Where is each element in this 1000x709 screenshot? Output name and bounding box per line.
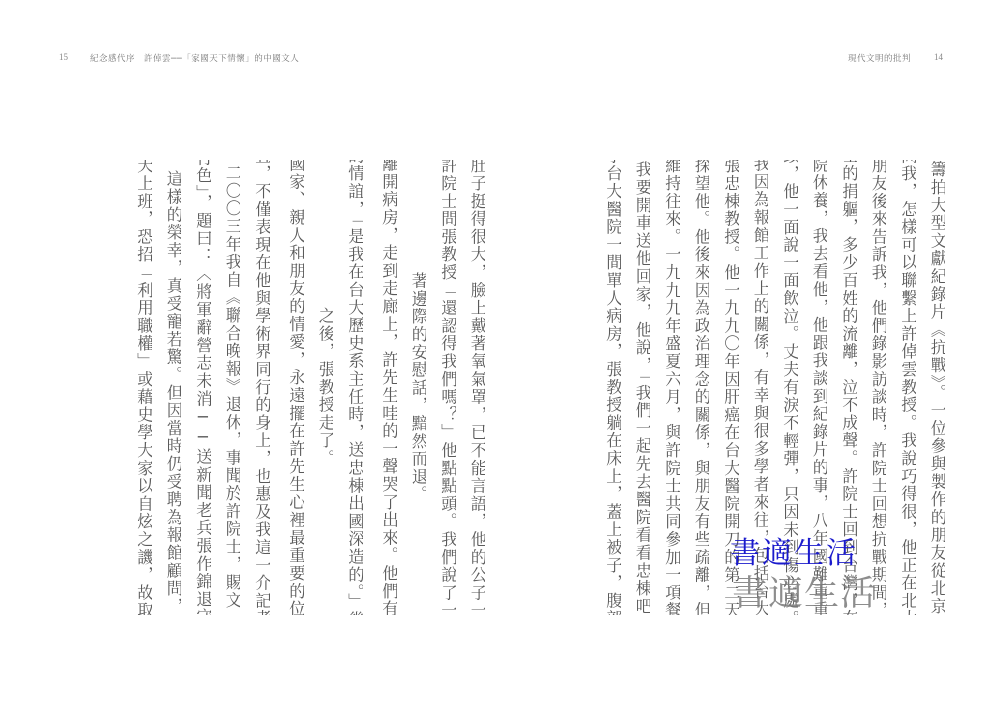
text-column-paragraph-start: 二〇〇三年我自《聯合晚報》退休，事聞於許院士，賜文「以: [211, 160, 241, 615]
text-column-paragraph-start: 國家、親人和朋友的情愛，永遠擺在許先生心裡最重要的位置。: [270, 160, 304, 615]
text-column: 仍然維持往來。一九九九年盛夏六月，與許院士共同參加一項餐會。: [650, 160, 680, 615]
text-column: 學。朋友後來告訴我，他們錄影訪談時，許院士回想抗戰期間，全軍: [857, 160, 887, 615]
text-column: 弟的情誼，「是我在台大歷史系主任時，送忠棟出國深造的。」幾天: [333, 160, 363, 615]
text-column: 然每天上班，恐招「利用職權」或藉史學大家以自炫之譏，故取得許: [122, 160, 152, 615]
text-column: 餐後我要開車送他回家，他說，「我們一起先去醫院看看忠棟吧！」: [621, 160, 651, 615]
text-column: 之後，張教授走了。: [304, 160, 334, 615]
text-column: 醫院休養，我去看他，他跟我談到紀錄片的事，八年國難重重，: [798, 160, 828, 615]
right-page-body: 開始籌拍大型文獻紀錄片《抗戰》。一位參與製作的朋友從北京打電 話問我，怎樣可以聯…: [585, 160, 945, 620]
column-text: 到了台大醫院一間單人病房，張教授躺在床上，蓋上被子，腹部生: [591, 160, 621, 615]
column-text: 壯行色」，題曰：〈將軍辭營志未消──送新聞老兵張作錦退守後: [181, 160, 211, 615]
left-page-number: 15: [59, 52, 68, 62]
column-text: 立。許院士問張教授「還認得我們嗎？」他點點頭。我們說了一些不: [426, 160, 456, 615]
text-column: 頭，他一面說一面飲泣。丈夫有淚不輕彈，只因未到傷心處。: [768, 160, 798, 615]
book-spread: 15 紀念感代序 許倬雲──「家國天下情懷」的中國文人 現代文明的批判 14 開…: [0, 0, 1000, 709]
column-text: 離開病房，走到走廊上，許先生哇的一聲哭了出來。他們有師兄: [363, 160, 397, 615]
right-page-number: 14: [934, 52, 943, 62]
text-column: 開始籌拍大型文獻紀錄片《抗戰》。一位參與製作的朋友從北京打電: [916, 160, 946, 615]
column-text: 開始籌拍大型文獻紀錄片《抗戰》。一位參與製作的朋友從北京打電: [916, 160, 946, 615]
left-running-header: 紀念感代序 許倬雲──「家國天下情懷」的中國文人: [90, 52, 299, 64]
column-text: 著邊際的安慰話，黯然而退。: [397, 272, 427, 503]
column-text: 而且，不僅表現在他與學術界同行的身上，也惠及我這一介記者。: [240, 160, 270, 615]
text-column: 壯行色」，題曰：〈將軍辭營志未消──送新聞老兵張作錦退守後: [181, 160, 211, 615]
text-column: 立。許院士問張教授「還認得我們嗎？」他點點頭。我們說了一些不: [426, 160, 456, 615]
text-column-paragraph-start: 離開病房，走到走廊上，許先生哇的一聲哭了出來。他們有師兄: [363, 160, 397, 615]
column-text: 仍然維持往來。一九九九年盛夏六月，與許院士共同參加一項餐會。: [650, 160, 680, 615]
text-column: 水，肚子挺得很大，臉上戴著氧氣罩，已不能言語，他的公子一旁侍: [456, 160, 486, 615]
text-column: 而且，不僅表現在他與學術界同行的身上，也惠及我這一介記者。: [240, 160, 270, 615]
column-text: 將士的捐軀，多少百姓的流離，泣不成聲。許院士回到台灣，在醫: [827, 160, 857, 615]
column-text: 學。朋友後來告訴我，他們錄影訪談時，許院士回想抗戰期間，全軍: [857, 160, 887, 615]
text-column: 系的張忠棟教授。他一九九〇年因肝癌在台大醫院開刀的第二天，我: [709, 160, 739, 615]
column-text: 國家、親人和朋友的情愛，永遠擺在許先生心裡最重要的位置。: [270, 160, 304, 615]
column-text: 話問我，怎樣可以聯繫上許倬雲教授。我說巧得很，他正在北大講: [886, 160, 916, 615]
column-text: 之後，張教授走了。: [304, 307, 334, 467]
column-text: 系的張忠棟教授。他一九九〇年因肝癌在台大醫院開刀的第二天，我: [709, 160, 739, 615]
text-column: 到了台大醫院一間單人病房，張教授躺在床上，蓋上被子，腹部生: [591, 160, 621, 615]
column-text: 我因為報館工作上的關係，有幸與很多學者來往，包括台大歷史: [739, 160, 769, 615]
column-text: 醫院休養，我去看他，他跟我談到紀錄片的事，八年國難重重，: [798, 160, 828, 615]
text-column: 著邊際的安慰話，黯然而退。: [397, 160, 427, 615]
column-text: 防〉。這樣的榮幸，真受寵若驚。但因當時仍受聘為報館顧問，且依: [152, 160, 182, 615]
text-column: 將士的捐軀，多少百姓的流離，泣不成聲。許院士回到台灣，在醫: [827, 160, 857, 615]
column-text: 餐後我要開車送他回家，他說，「我們一起先去醫院看看忠棟吧！」: [621, 160, 651, 615]
text-column: 防〉。這樣的榮幸，真受寵若驚。但因當時仍受聘為報館顧問，且依: [152, 160, 182, 615]
column-text: 水，肚子挺得很大，臉上戴著氧氣罩，已不能言語，他的公子一旁侍: [456, 160, 486, 615]
right-running-header: 現代文明的批判: [848, 52, 911, 64]
column-text: 就去探望他。他後來因為政治理念的關係，與朋友有些疏離，但我們: [680, 160, 710, 615]
text-column: 話問我，怎樣可以聯繫上許倬雲教授。我說巧得很，他正在北大講: [886, 160, 916, 615]
column-text: 弟的情誼，「是我在台大歷史系主任時，送忠棟出國深造的。」幾天: [333, 160, 363, 615]
left-page-body: 水，肚子挺得很大，臉上戴著氧氣罩，已不能言語，他的公子一旁侍 立。許院士問張教授…: [55, 160, 485, 620]
text-column-paragraph-start: 我因為報館工作上的關係，有幸與很多學者來往，包括台大歷史: [739, 160, 769, 615]
column-text: 頭，他一面說一面飲泣。丈夫有淚不輕彈，只因未到傷心處。: [768, 160, 798, 615]
column-text: 然每天上班，恐招「利用職權」或藉史學大家以自炫之譏，故取得許: [122, 160, 152, 615]
column-text: 二〇〇三年我自《聯合晚報》退休，事聞於許院士，賜文「以: [211, 164, 241, 615]
text-column: 就去探望他。他後來因為政治理念的關係，與朋友有些疏離，但我們: [680, 160, 710, 615]
